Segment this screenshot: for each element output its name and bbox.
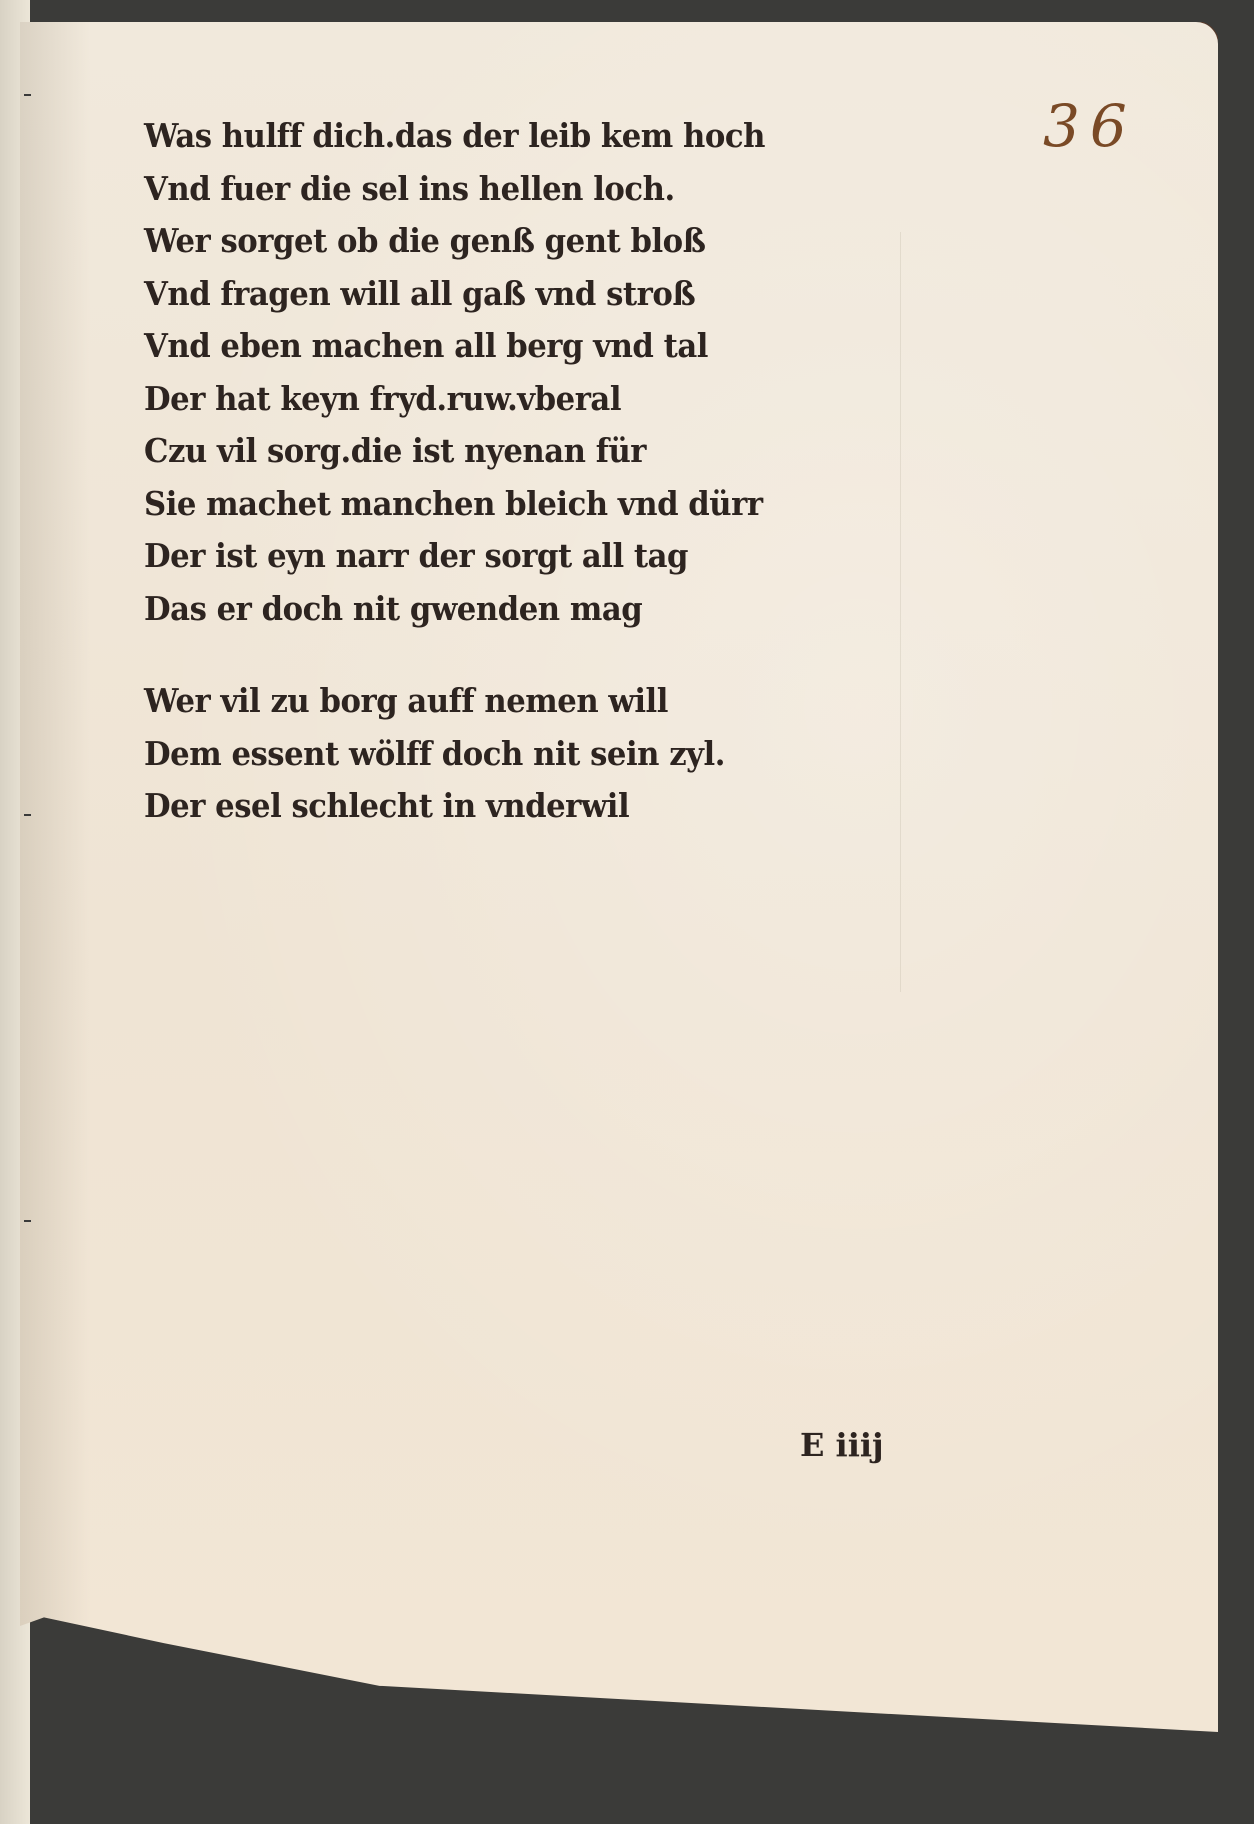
verse-line: Dem essent wölff doch nit sein zyl. <box>144 728 765 781</box>
stanza-1: Was hulff dich.das der leib kem hoch Vnd… <box>144 110 765 635</box>
signature-mark: E iiij <box>800 1426 884 1464</box>
verse-line: Der ist eyn narr der sorgt all tag <box>144 530 765 583</box>
verse-line: Der esel schlecht in vnderwil <box>144 780 765 833</box>
verse-line: Sie machet manchen bleich vnd dürr <box>144 478 765 531</box>
verse-line: Wer vil zu borg auff nemen will <box>144 675 765 728</box>
handwritten-folio-number: 36 <box>1043 92 1137 160</box>
margin-mark <box>24 814 31 816</box>
verse-line: Was hulff dich.das der leib kem hoch <box>144 110 765 163</box>
verse-line: Vnd fragen will all gaß vnd stroß <box>144 268 765 321</box>
margin-mark <box>24 1220 31 1222</box>
verse-line: Vnd fuer die sel ins hellen loch. <box>144 163 765 216</box>
margin-mark <box>24 94 31 96</box>
stanza-2: Wer vil zu borg auff nemen will Dem esse… <box>144 675 765 833</box>
verse-line: Wer sorget ob die genß gent bloß <box>144 215 765 268</box>
show-through-shadow <box>900 232 961 992</box>
verse-line: Czu vil sorg.die ist nyenan für <box>144 425 765 478</box>
verse-text: Was hulff dich.das der leib kem hoch Vnd… <box>144 110 765 833</box>
verse-line: Vnd eben machen all berg vnd tal <box>144 320 765 373</box>
verse-line: Der hat keyn fryd.ruw.vberal <box>144 373 765 426</box>
stanza-gap <box>144 635 765 675</box>
verse-line: Das er doch nit gwenden mag <box>144 583 765 636</box>
